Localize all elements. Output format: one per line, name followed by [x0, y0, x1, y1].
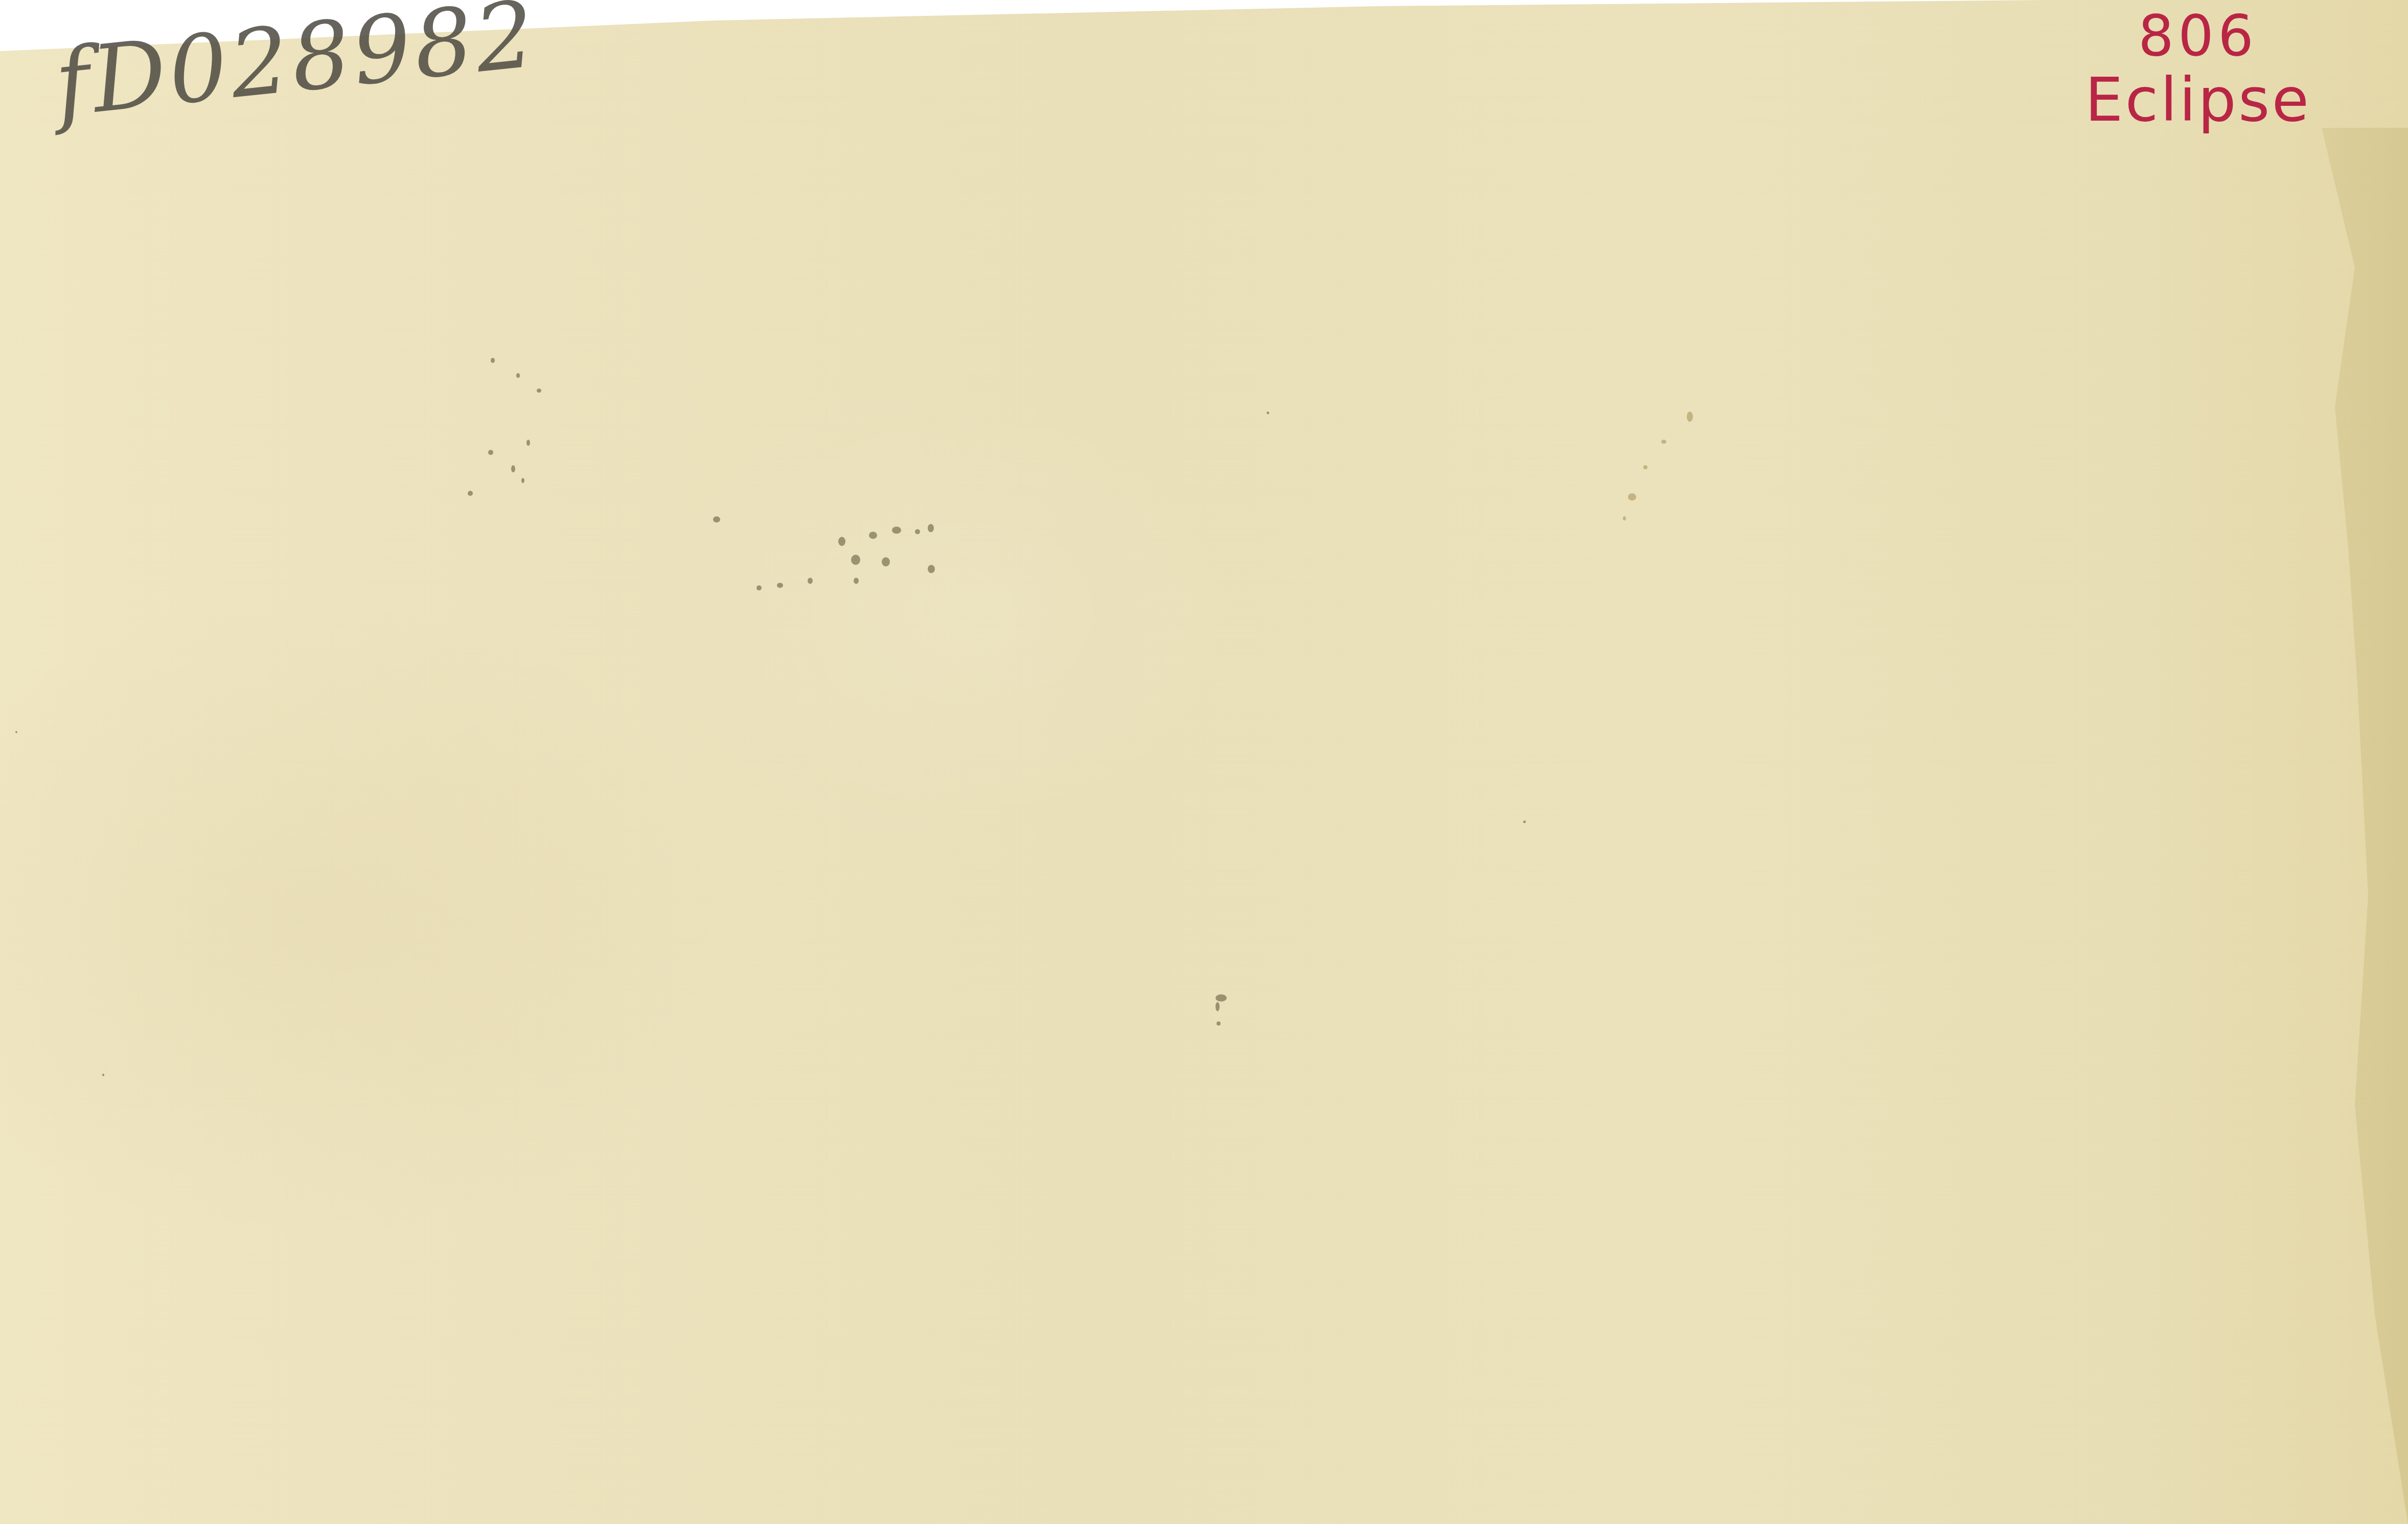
- paper-sheet: [0, 0, 2408, 1524]
- item-number: 806: [2075, 5, 2321, 66]
- red-annotation: 806 Eclipse: [2075, 5, 2321, 133]
- item-title: Eclipse: [2075, 66, 2321, 133]
